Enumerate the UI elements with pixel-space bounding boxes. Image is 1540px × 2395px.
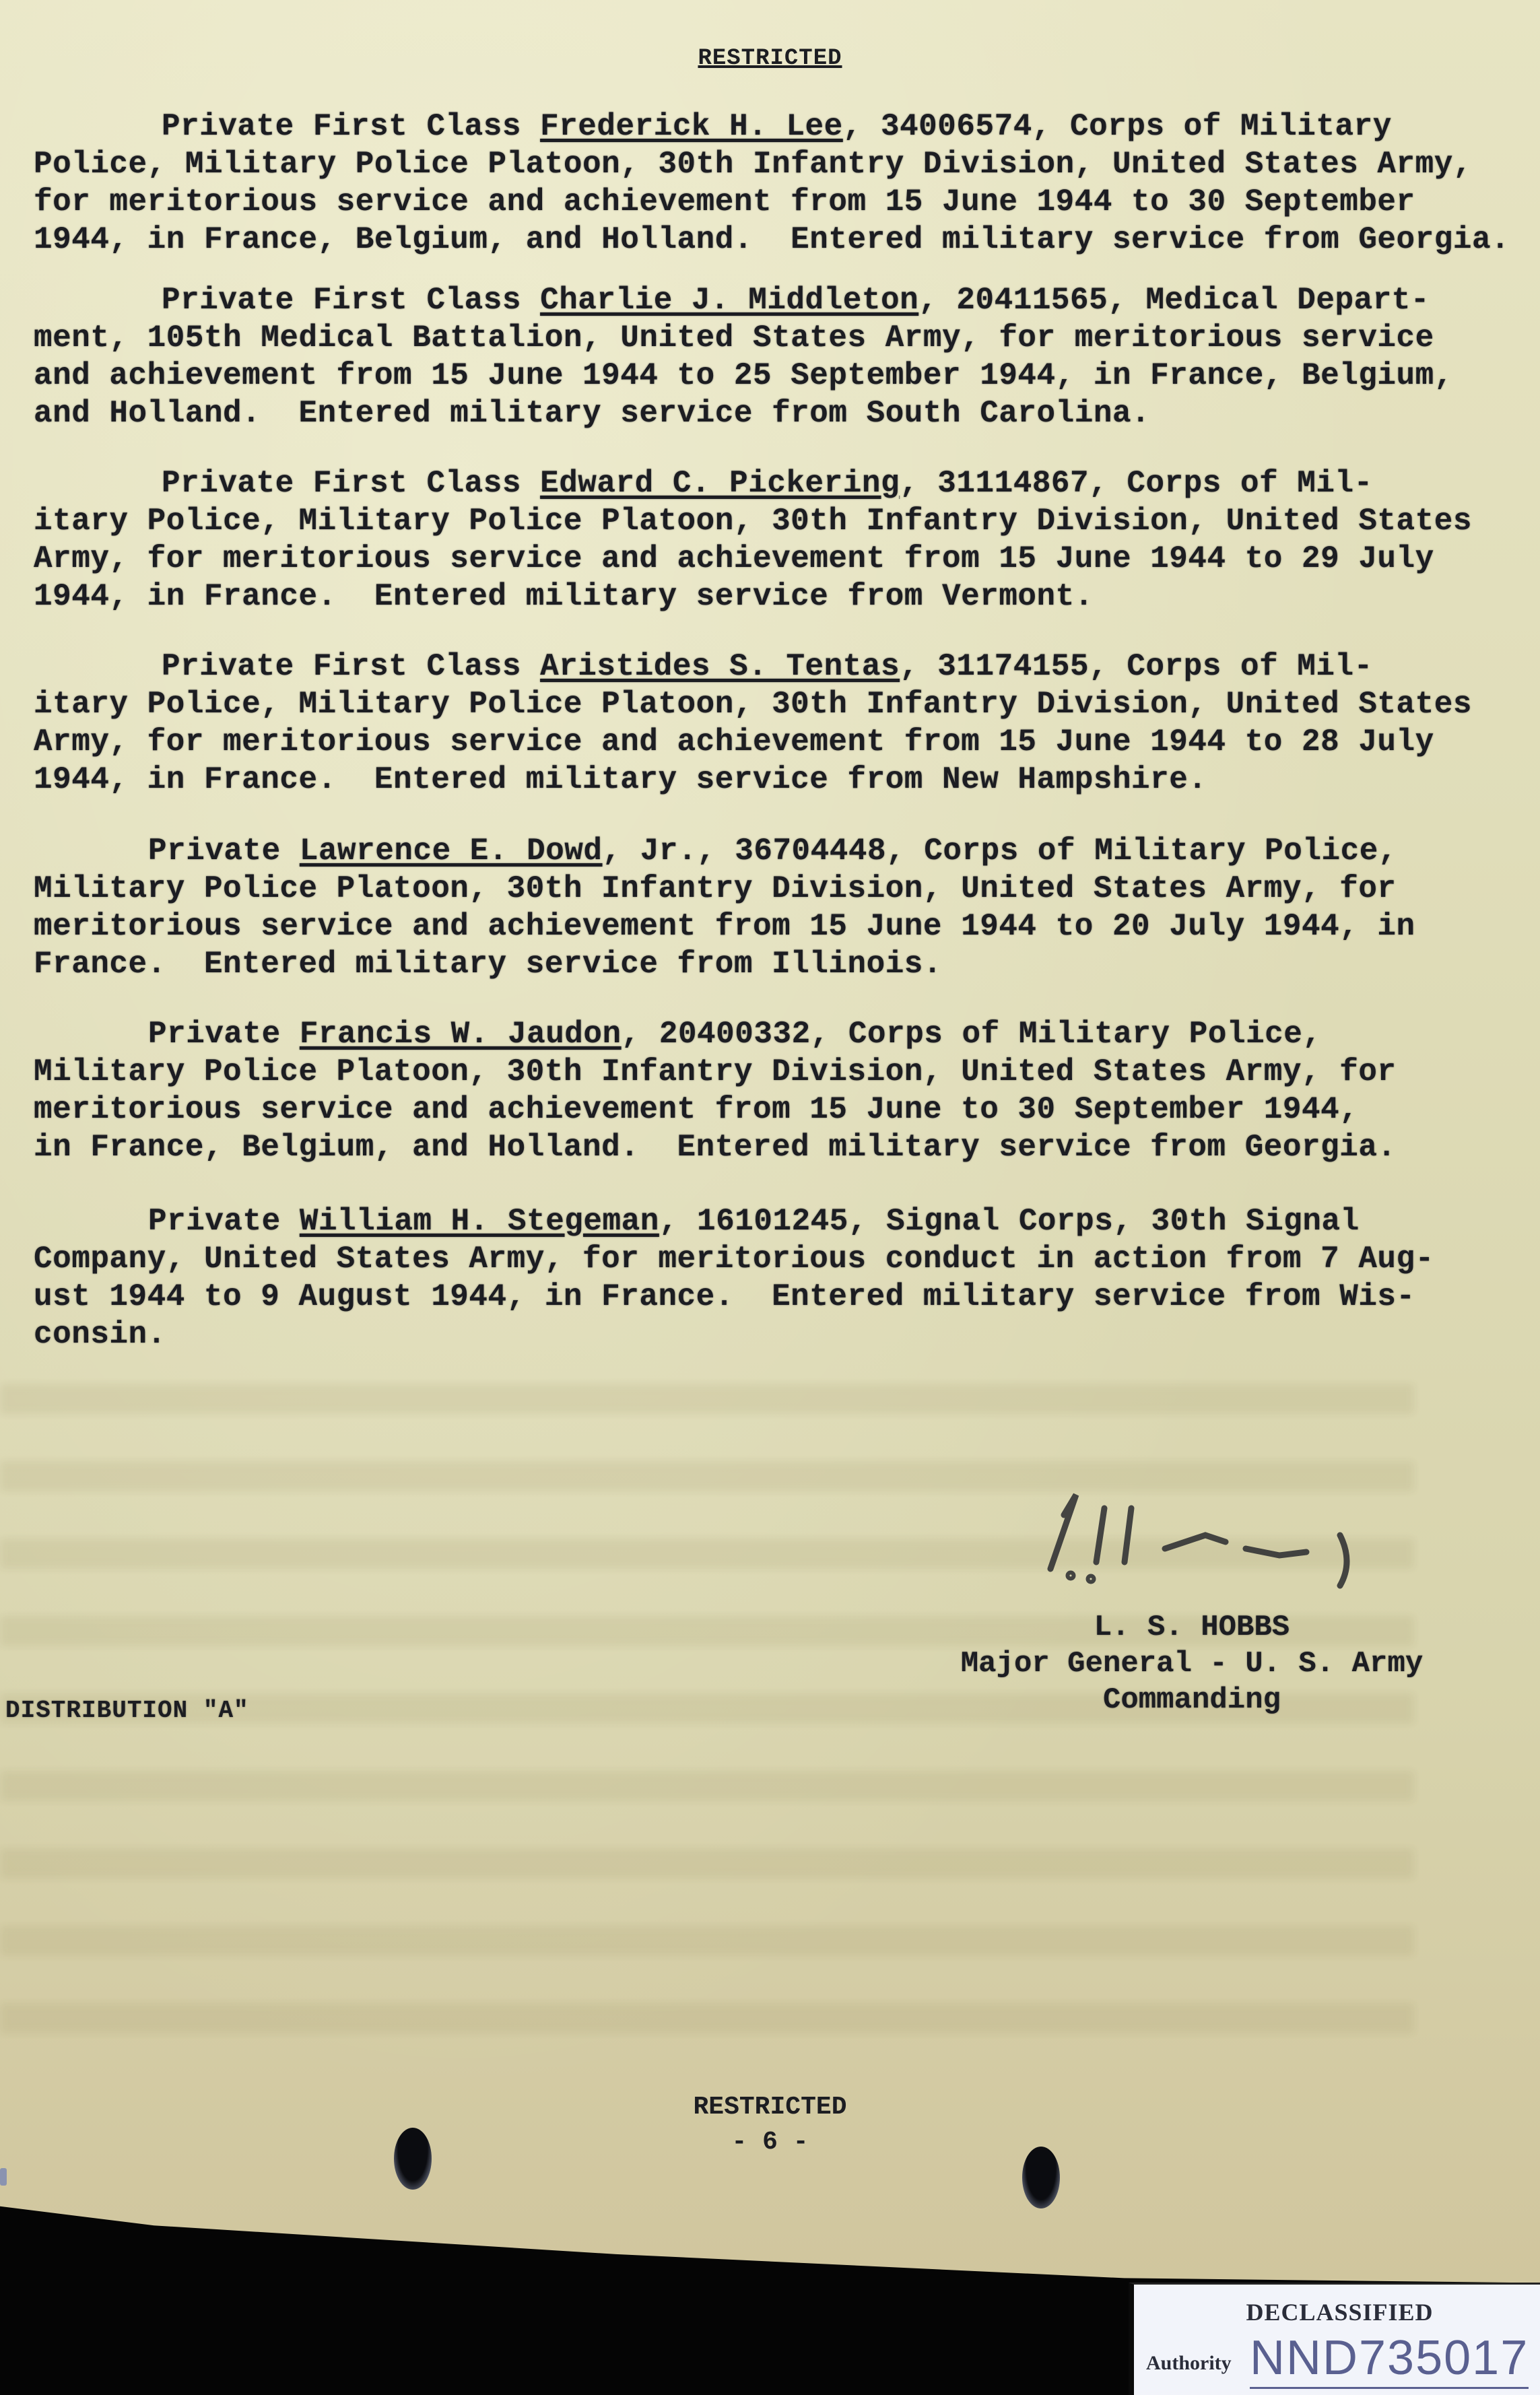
classification-footer: RESTRICTED: [0, 2093, 1540, 2122]
citation-text: in France, Belgium, and Holland. Entered…: [34, 1130, 1397, 1165]
signer-rank: Major General - U. S. Army: [916, 1646, 1468, 1682]
citation-text: itary Police, Military Police Platoon, 3…: [34, 687, 1472, 722]
declassified-stamp: DECLASSIFIED Authority NND735017: [1129, 2283, 1540, 2393]
citation-line: Private First Class Edward C. Pickering,…: [34, 465, 1461, 502]
citation-line: Army, for meritorious service and achiev…: [34, 540, 1461, 578]
document-page: RESTRICTED Private First Class Frederick…: [0, 0, 1540, 2393]
citation-line: Private William H. Stegeman, 16101245, S…: [34, 1203, 1461, 1240]
recipient-name: Lawrence E. Dowd: [300, 834, 603, 869]
citation-text: Private: [148, 1017, 300, 1052]
citation-line: for meritorious service and achievement …: [34, 183, 1461, 221]
citation-line: 1944, in France. Entered military servic…: [34, 761, 1461, 799]
citation-line: ment, 105th Medical Battalion, United St…: [34, 319, 1461, 357]
citation-line: Private Lawrence E. Dowd, Jr., 36704448,…: [34, 832, 1461, 870]
citation-text: itary Police, Military Police Platoon, 3…: [34, 504, 1472, 539]
recipient-name: Francis W. Jaudon: [300, 1017, 622, 1052]
citation-text: Private First Class: [162, 283, 540, 318]
page-number: - 6 -: [0, 2128, 1540, 2157]
handwritten-signature: [1024, 1468, 1441, 1589]
citation-line: and achievement from 15 June 1944 to 25 …: [34, 357, 1461, 395]
citation-text: Company, United States Army, for meritor…: [34, 1242, 1434, 1277]
citation-text: France. Entered military service from Il…: [34, 947, 942, 982]
recipient-name: William H. Stegeman: [300, 1204, 659, 1239]
citation-line: meritorious service and achievement from…: [34, 1091, 1461, 1128]
citation-text: Military Police Platoon, 30th Infantry D…: [34, 871, 1397, 906]
citation-text: , 20411565, Medical Depart-: [918, 283, 1430, 318]
citation-paragraph: Private First Class Charlie J. Middleton…: [34, 281, 1461, 432]
citation-text: Private First Class: [162, 466, 540, 501]
citation-text: Army, for meritorious service and achiev…: [34, 541, 1434, 576]
citation-line: Private First Class Aristides S. Tentas,…: [34, 648, 1461, 685]
citation-text: meritorious service and achievement from…: [34, 1092, 1358, 1127]
citation-line: and Holland. Entered military service fr…: [34, 395, 1461, 432]
citation-text: Private: [148, 1204, 300, 1239]
citation-line: itary Police, Military Police Platoon, 3…: [34, 502, 1461, 540]
citation-paragraph: Private First Class Frederick H. Lee, 34…: [34, 108, 1461, 259]
signature-block: L. S. HOBBS Major General - U. S. Army C…: [916, 1609, 1468, 1718]
citation-line: itary Police, Military Police Platoon, 3…: [34, 685, 1461, 723]
citation-line: Military Police Platoon, 30th Infantry D…: [34, 1053, 1461, 1091]
citation-line: Private First Class Charlie J. Middleton…: [34, 281, 1461, 319]
binder-clip: [0, 2168, 7, 2186]
citation-paragraph: Private William H. Stegeman, 16101245, S…: [34, 1203, 1461, 1353]
citation-text: and Holland. Entered military service fr…: [34, 396, 1150, 431]
recipient-name: Charlie J. Middleton: [540, 283, 918, 318]
citation-line: meritorious service and achievement from…: [34, 908, 1461, 945]
signer-name: L. S. HOBBS: [916, 1609, 1468, 1646]
citation-line: in France, Belgium, and Holland. Entered…: [34, 1128, 1461, 1166]
authority-label: Authority: [1146, 2352, 1232, 2375]
citation-line: Private Francis W. Jaudon, 20400332, Cor…: [34, 1015, 1461, 1053]
distribution-line: DISTRIBUTION "A": [5, 1697, 249, 1724]
citation-text: ust 1944 to 9 August 1944, in France. En…: [34, 1279, 1415, 1314]
citation-line: ust 1944 to 9 August 1944, in France. En…: [34, 1278, 1461, 1316]
citation-text: , Jr., 36704448, Corps of Military Polic…: [603, 834, 1397, 869]
citation-text: 1944, in France. Entered military servic…: [34, 579, 1094, 614]
citation-text: and achievement from 15 June 1944 to 25 …: [34, 358, 1453, 393]
punch-hole-right: [1022, 2147, 1060, 2208]
citation-text: consin.: [34, 1317, 166, 1352]
citation-text: Military Police Platoon, 30th Infantry D…: [34, 1054, 1397, 1089]
citation-text: for meritorious service and achievement …: [34, 184, 1415, 220]
classification-header: RESTRICTED: [0, 46, 1540, 71]
citation-line: Company, United States Army, for meritor…: [34, 1240, 1461, 1278]
citation-line: Military Police Platoon, 30th Infantry D…: [34, 870, 1461, 908]
citation-paragraph: Private First Class Edward C. Pickering,…: [34, 465, 1461, 615]
citation-text: Private First Class: [162, 649, 540, 684]
citation-line: Army, for meritorious service and achiev…: [34, 723, 1461, 761]
citation-text: 1944, in France, Belgium, and Holland. E…: [34, 222, 1510, 257]
citation-line: 1944, in France, Belgium, and Holland. E…: [34, 221, 1461, 259]
citation-text: 1944, in France. Entered military servic…: [34, 762, 1207, 797]
citation-text: ment, 105th Medical Battalion, United St…: [34, 321, 1434, 356]
citation-text: Police, Military Police Platoon, 30th In…: [34, 147, 1472, 182]
citation-text: Army, for meritorious service and achiev…: [34, 724, 1434, 760]
citation-line: France. Entered military service from Il…: [34, 945, 1461, 983]
citation-text: , 16101245, Signal Corps, 30th Signal: [659, 1204, 1360, 1239]
recipient-name: Aristides S. Tentas: [540, 649, 900, 684]
citation-text: Private: [148, 834, 300, 869]
punch-hole-left: [394, 2128, 432, 2190]
authority-value: NND735017: [1250, 2329, 1529, 2389]
declassified-title: DECLASSIFIED: [1134, 2298, 1540, 2326]
citation-paragraph: Private First Class Aristides S. Tentas,…: [34, 648, 1461, 799]
citation-text: , 20400332, Corps of Military Police,: [622, 1017, 1322, 1052]
citation-text: , 34006574, Corps of Military: [843, 109, 1392, 144]
signer-role: Commanding: [916, 1682, 1468, 1718]
citation-line: Private First Class Frederick H. Lee, 34…: [34, 108, 1461, 145]
citation-line: consin.: [34, 1316, 1461, 1353]
citation-paragraph: Private Francis W. Jaudon, 20400332, Cor…: [34, 1015, 1461, 1166]
citation-line: 1944, in France. Entered military servic…: [34, 578, 1461, 615]
recipient-name: Edward C. Pickering: [540, 466, 900, 501]
citation-text: Private First Class: [162, 109, 540, 144]
citation-text: , 31114867, Corps of Mil-: [900, 466, 1373, 501]
citation-paragraph: Private Lawrence E. Dowd, Jr., 36704448,…: [34, 832, 1461, 983]
citation-text: , 31174155, Corps of Mil-: [900, 649, 1373, 684]
citation-line: Police, Military Police Platoon, 30th In…: [34, 145, 1461, 183]
citation-text: meritorious service and achievement from…: [34, 909, 1415, 944]
recipient-name: Frederick H. Lee: [540, 109, 843, 144]
